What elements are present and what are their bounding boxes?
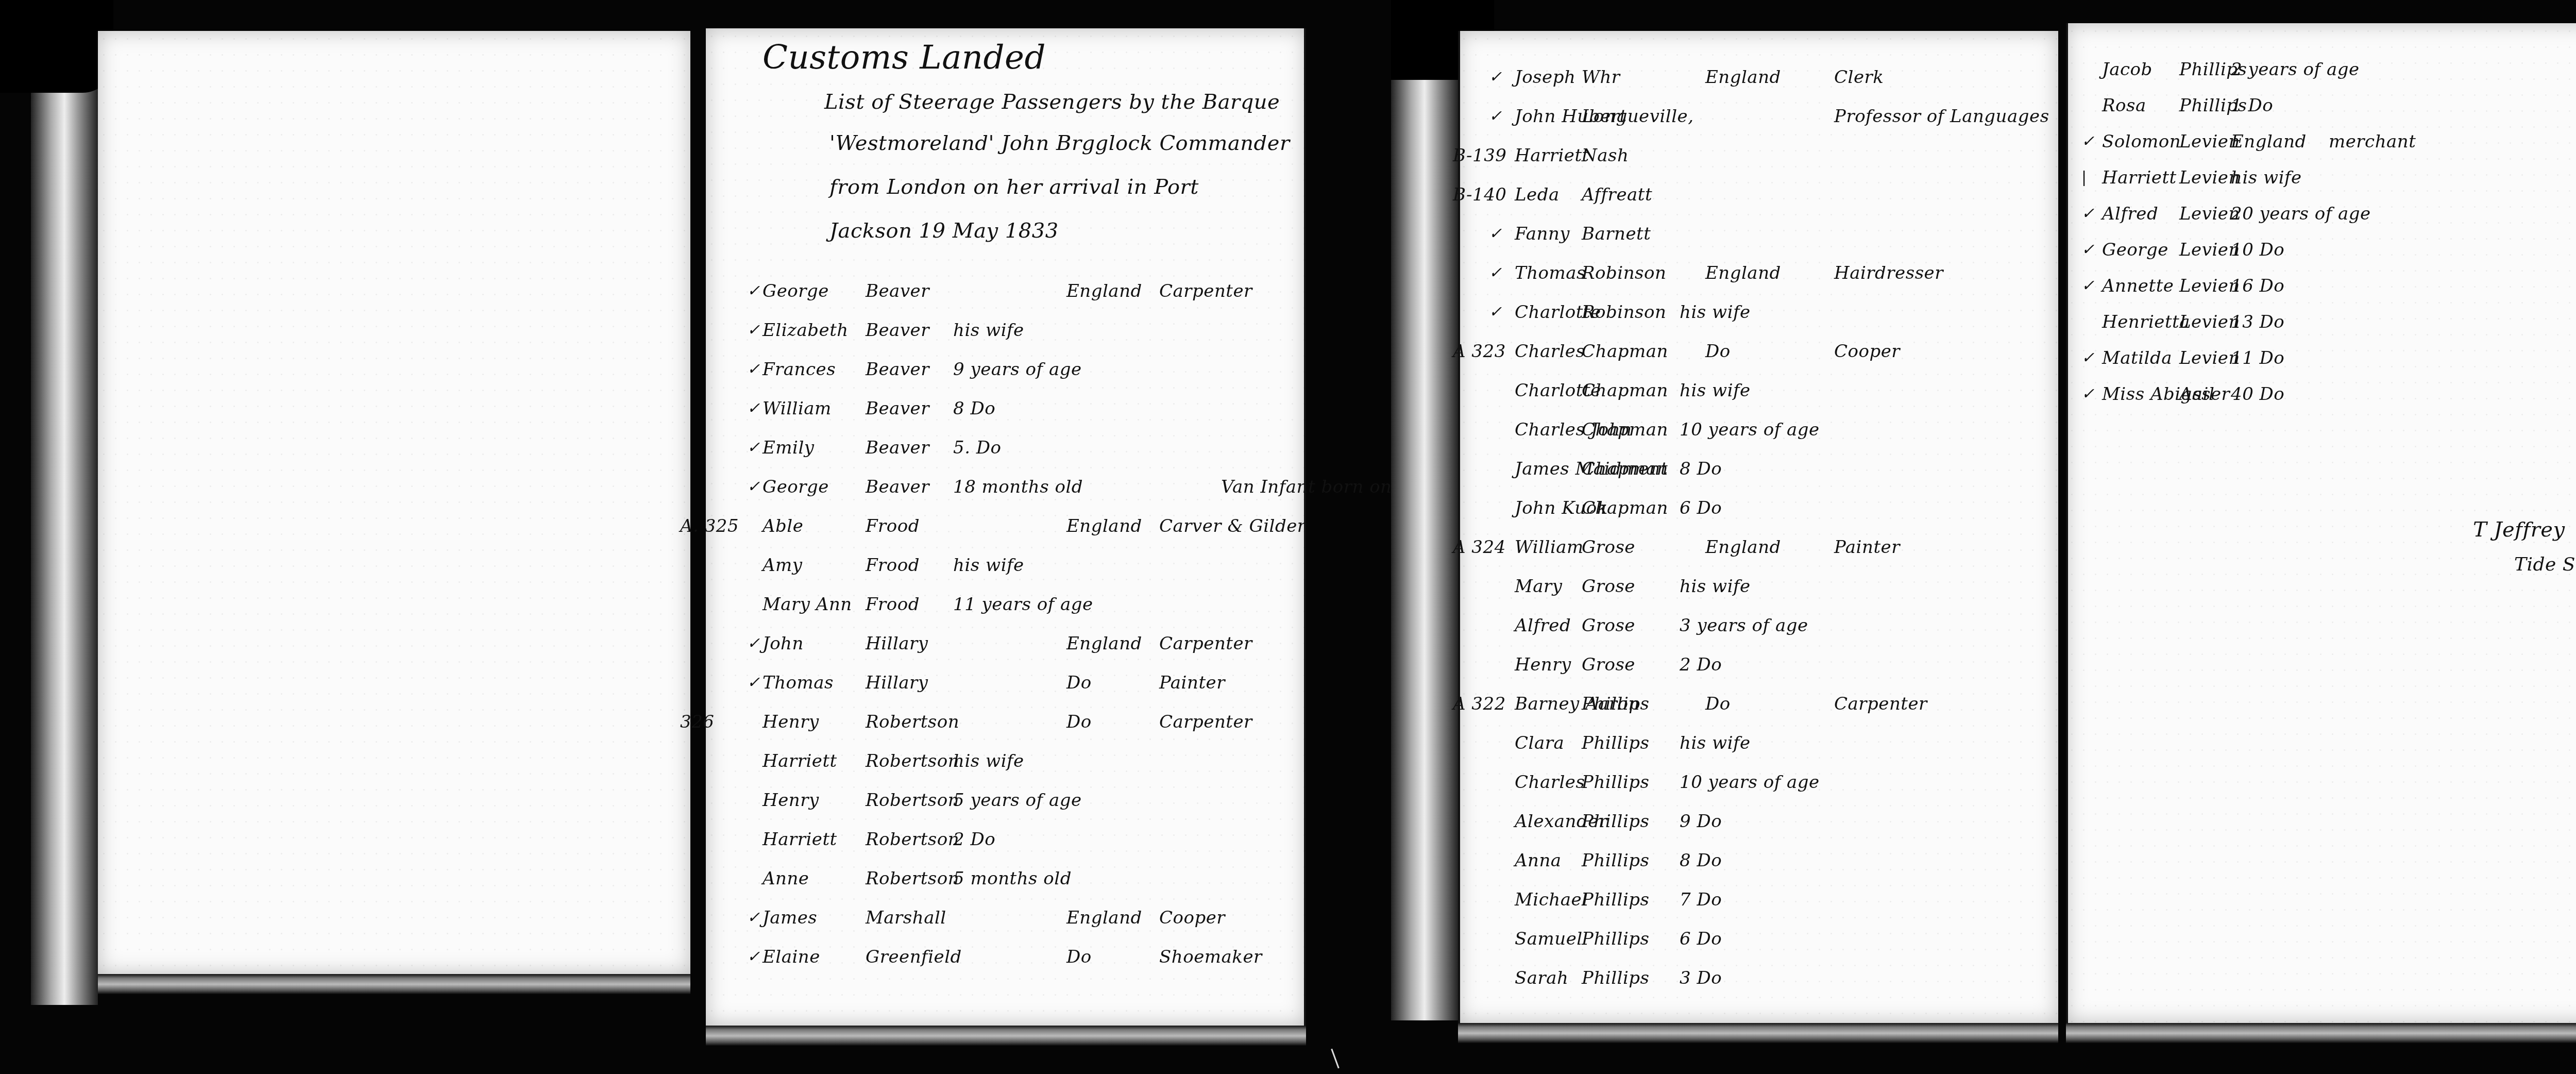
passenger-row: SarahPhillips3 Do (1458, 963, 2058, 994)
passenger-country: England (1705, 532, 1781, 563)
passenger-surname: Robinson (1582, 258, 1666, 289)
ruled-margin-line (1304, 28, 1306, 1026)
passenger-surname: Greenfield (866, 942, 962, 972)
passenger-age: 8 Do (1680, 845, 1722, 876)
passenger-mark: ✓ (747, 354, 760, 385)
passenger-given: George (2102, 234, 2168, 265)
passenger-given: Leda (1515, 179, 1560, 210)
passenger-country: England (1705, 258, 1781, 289)
passenger-row: 326HenryRobertsonDoCarpenter (706, 707, 1306, 737)
passenger-surname: Robinson (1582, 297, 1666, 328)
passenger-given: Henrietta (2102, 307, 2190, 338)
passenger-given: Anne (762, 863, 809, 894)
passenger-country: England (2231, 126, 2307, 157)
passenger-row: HenryRobertson5 years of age (706, 785, 1306, 816)
passenger-occupation: Carpenter (1159, 628, 1252, 659)
passenger-country: Do (1066, 942, 1092, 972)
passenger-surname: Phillips (1582, 689, 1649, 719)
passenger-row: |HarriettLevienhis wife (2066, 162, 2576, 193)
passenger-row: HarriettRobertsonhis wife (706, 746, 1306, 777)
passenger-age: his wife (1680, 297, 1751, 328)
passenger-surname: Frood (866, 589, 920, 620)
passenger-row: ✓CharlotteRobinsonhis wife (1458, 297, 2058, 328)
blank-page (98, 31, 690, 974)
passenger-age: his wife (2231, 162, 2302, 193)
customs-landed-note: Customs Landed (762, 39, 1046, 77)
passenger-surname: Beaver (866, 432, 929, 463)
passenger-given: George (762, 472, 829, 502)
passenger-mark: ✓ (1489, 219, 1502, 249)
signature-title: Tide Surveyor (2514, 554, 2576, 575)
passenger-given: Henry (762, 785, 819, 816)
passenger-mark: ✓ (2081, 379, 2095, 410)
passenger-row: Charles JohnChapman10 years of age (1458, 414, 2058, 445)
passenger-row: ✓JosephWhrEnglandClerk (1458, 62, 2058, 93)
passenger-age: 2 years of age (2231, 54, 2360, 85)
passenger-age: 10 years of age (1680, 414, 1820, 445)
passenger-surname: Phillips (1582, 884, 1649, 915)
passenger-row: JacobPhillips2 years of age (2066, 54, 2576, 85)
passenger-occupation: Painter (1834, 532, 1900, 563)
passenger-surname: Barnett (1582, 219, 1651, 249)
passenger-row: ✓AlfredLevien20 years of age (2066, 198, 2576, 229)
passenger-age: 11 Do (2231, 343, 2284, 374)
passenger-age: 16 Do (2231, 271, 2284, 301)
passenger-age: 7 Do (1680, 884, 1722, 915)
passenger-surname: Hillary (866, 667, 928, 698)
page-bottom-edge (2066, 1023, 2576, 1044)
passenger-given: Harriett (1515, 140, 1589, 171)
passenger-surname: Asser (2179, 379, 2230, 410)
passenger-row: A. 325AbleFroodEnglandCarver & Gilder (706, 511, 1306, 542)
passenger-given: Able (762, 511, 803, 542)
passenger-mark: ✓ (747, 276, 760, 307)
passenger-row: A 322Barney AaronPhillipsDoCarpenter (1458, 689, 2058, 719)
passenger-row: ✓SolomonLevienEnglandmerchant (2066, 126, 2576, 157)
microfilm-canvas: Customs Landed List of Steerage Passenge… (0, 0, 2576, 1074)
passenger-mark: ✓ (1489, 258, 1502, 289)
passenger-row: ✓ThomasRobinsonEnglandHairdresser (1458, 258, 2058, 289)
passenger-row: SamuelPhillips6 Do (1458, 924, 2058, 954)
passenger-surname: Beaver (866, 354, 929, 385)
page-edge-strip (1391, 77, 1458, 1020)
passenger-row: AlexanderPhillips9 Do (1458, 806, 2058, 837)
passenger-row: B-140LedaAffreatt (1458, 179, 2058, 210)
passenger-mark: ✓ (747, 315, 760, 346)
ruled-margin-line (2066, 23, 2068, 1023)
passenger-margin: 326 (680, 707, 714, 737)
passenger-surname: Whr (1582, 62, 1620, 93)
passenger-mark: ✓ (747, 472, 760, 502)
passenger-surname: Grose (1582, 649, 1635, 680)
passenger-row: ✓FannyBarnett (1458, 219, 2058, 249)
passenger-mark: ✓ (2081, 343, 2095, 374)
passenger-occupation: Carpenter (1159, 276, 1252, 307)
passenger-occupation: Clerk (1834, 62, 1884, 93)
passenger-age: his wife (953, 315, 1024, 346)
passenger-given: Sarah (1515, 963, 1568, 994)
passenger-row: AlfredGrose3 years of age (1458, 610, 2058, 641)
passenger-country: England (1066, 628, 1142, 659)
passenger-country: England (1066, 276, 1142, 307)
passenger-age: his wife (1680, 375, 1751, 406)
passenger-surname: Robertson (866, 824, 959, 855)
passenger-age: 18 months old (953, 472, 1083, 502)
passenger-age: 6 Do (1680, 924, 1722, 954)
passenger-surname: Chapman (1582, 454, 1668, 484)
passenger-row: ✓GeorgeLevien10 Do (2066, 234, 2576, 265)
passenger-country: England (1705, 62, 1781, 93)
passenger-age: 3 Do (1680, 963, 1722, 994)
passenger-mark: ✓ (747, 942, 760, 972)
passenger-given: Annette (2102, 271, 2174, 301)
list-title-line: 'Westmoreland' John Brgglock Commander (829, 131, 1290, 155)
passenger-given: Thomas (1515, 258, 1586, 289)
passenger-occupation: Carpenter (1834, 689, 1927, 719)
passenger-given: Matilda (2102, 343, 2172, 374)
passenger-surname: Marshall (866, 902, 946, 933)
passenger-age: 9 years of age (953, 354, 1082, 385)
passenger-given: Mary (1515, 571, 1563, 602)
passenger-occupation: Hairdresser (1834, 258, 1943, 289)
passenger-row: ✓FrancesBeaver9 years of age (706, 354, 1306, 385)
passenger-given: John (762, 628, 804, 659)
passenger-row: ✓ThomasHillaryDoPainter (706, 667, 1306, 698)
passenger-given: Emily (762, 432, 815, 463)
passenger-country: England (1066, 511, 1142, 542)
passenger-mark: ✓ (747, 667, 760, 698)
passenger-given: Harriett (2102, 162, 2177, 193)
list-title-line: from London on her arrival in Port (829, 175, 1199, 199)
passenger-row: ✓ElizabethBeaverhis wife (706, 315, 1306, 346)
passenger-surname: Grose (1582, 571, 1635, 602)
passenger-given: Charles (1515, 336, 1585, 367)
passenger-mark: ✓ (2081, 234, 2095, 265)
passenger-surname: Phillips (1582, 845, 1649, 876)
passenger-row: A 323CharlesChapmanDoCooper (1458, 336, 2058, 367)
passenger-occupation: Painter (1159, 667, 1225, 698)
passenger-row: HarriettRobertson2 Do (706, 824, 1306, 855)
passenger-age: 8 Do (953, 393, 995, 424)
passenger-row: ✓GeorgeBeaver18 months oldVan Infant bor… (706, 472, 1306, 502)
passenger-mark: ✓ (2081, 126, 2095, 157)
passenger-age: 2 Do (1680, 649, 1722, 680)
passenger-surname: Grose (1582, 532, 1635, 563)
passenger-row: ✓MatildaLevien11 Do (2066, 343, 2576, 374)
passenger-row: ✓EmilyBeaver5. Do (706, 432, 1306, 463)
passenger-surname: Phillips (1582, 806, 1649, 837)
passenger-age: 11 years of age (953, 589, 1093, 620)
passenger-surname: Robertson (866, 785, 959, 816)
passenger-occupation: Carver & Gilder (1159, 511, 1306, 542)
passenger-surname: Beaver (866, 315, 929, 346)
passenger-surname: Phillips (1582, 767, 1649, 798)
passenger-given: Solomon (2102, 126, 2181, 157)
passenger-occupation: merchant (2329, 126, 2416, 157)
passenger-age: 40 Do (2231, 379, 2284, 410)
passenger-occupation: Cooper (1159, 902, 1225, 933)
passenger-row: CharlesPhillips10 years of age (1458, 767, 2058, 798)
passenger-age: 2 Do (953, 824, 995, 855)
passenger-row: ✓AnnetteLevien16 Do (2066, 271, 2576, 301)
page-bottom-edge (98, 974, 690, 995)
passenger-surname: Chapman (1582, 375, 1668, 406)
passenger-given: Thomas (762, 667, 834, 698)
passenger-surname: Robertson (866, 863, 959, 894)
passenger-mark: ✓ (747, 628, 760, 659)
passenger-country: England (1066, 902, 1142, 933)
passenger-mark: ✓ (747, 393, 760, 424)
scanner-mark (1331, 1049, 1340, 1069)
signature: T Jeffrey (2473, 518, 2565, 542)
passenger-row: A 324WilliamGroseEnglandPainter (1458, 532, 2058, 563)
passenger-surname: Phillips (1582, 924, 1649, 954)
passenger-given: Mary Ann (762, 589, 852, 620)
passenger-row: AnnaPhillips8 Do (1458, 845, 2058, 876)
passenger-surname: Chapman (1582, 336, 1668, 367)
passenger-row: ✓Miss AbigailAsser40 Do (2066, 379, 2576, 410)
passenger-margin: A. 325 (680, 511, 739, 542)
passenger-mark: ✓ (747, 432, 760, 463)
passenger-country: Do (1705, 689, 1731, 719)
passenger-row: HenriettaLevien13 Do (2066, 307, 2576, 338)
passenger-list-page-2: ✓JosephWhrEnglandClerk✓John HubertLongue… (1458, 31, 2058, 1023)
passenger-margin: A 322 (1453, 689, 1506, 719)
passenger-country: Do (1066, 667, 1092, 698)
page-edge-strip (31, 82, 98, 1005)
passenger-given: Charles (1515, 767, 1585, 798)
passenger-age: 3 years of age (1680, 610, 1808, 641)
passenger-age: 6 Do (1680, 493, 1722, 524)
passenger-row: MichaelPhillips7 Do (1458, 884, 2058, 915)
binding-clip-shadow (0, 0, 113, 93)
passenger-row: ✓John HubertLongueville,Professor of Lan… (1458, 101, 2058, 132)
passenger-age: his wife (953, 746, 1024, 777)
passenger-occupation: Carpenter (1159, 707, 1252, 737)
list-title-line: Jackson 19 May 1833 (829, 219, 1059, 243)
passenger-given: Jacob (2102, 54, 2153, 85)
passenger-age: 20 years of age (2231, 198, 2371, 229)
passenger-surname: Phillips (1582, 728, 1649, 759)
passenger-surname: Beaver (866, 472, 929, 502)
passenger-row: AnneRobertson5 months old (706, 863, 1306, 894)
passenger-mark: ✓ (1489, 62, 1502, 93)
passenger-given: William (1515, 532, 1584, 563)
passenger-mark: | (2081, 162, 2087, 193)
passenger-age: 5 years of age (953, 785, 1082, 816)
passenger-margin: A 323 (1453, 336, 1506, 367)
page-bottom-edge (1458, 1023, 2058, 1044)
passenger-given: Alfred (1515, 610, 1571, 641)
passenger-row: John KuokChapman6 Do (1458, 493, 2058, 524)
passenger-row: Mary AnnFrood11 years of age (706, 589, 1306, 620)
passenger-age: 5. Do (953, 432, 1001, 463)
page-bottom-edge (706, 1026, 1306, 1046)
passenger-age: 1 Do (2231, 90, 2273, 121)
passenger-mark: ✓ (1489, 101, 1502, 132)
passenger-mark: ✓ (1489, 297, 1502, 328)
passenger-age: his wife (1680, 728, 1751, 759)
passenger-surname: Grose (1582, 610, 1635, 641)
passenger-list-page-3: JacobPhillips2 years of ageRosaPhillips1… (2066, 23, 2576, 1023)
passenger-row: RosaPhillips1 Do (2066, 90, 2576, 121)
passenger-margin: A 324 (1453, 532, 1506, 563)
passenger-given: Henry (762, 707, 819, 737)
passenger-age: his wife (953, 550, 1024, 581)
passenger-given: Michael (1515, 884, 1587, 915)
passenger-surname: Robertson (866, 707, 959, 737)
passenger-mark: ✓ (2081, 198, 2095, 229)
passenger-given: Harriett (762, 746, 837, 777)
list-title-line: List of Steerage Passengers by the Barqu… (824, 90, 1280, 114)
passenger-age: 13 Do (2231, 307, 2284, 338)
passenger-surname: Longueville, (1582, 101, 1694, 132)
passenger-margin: B-140 (1453, 179, 1507, 210)
passenger-given: Alfred (2102, 198, 2158, 229)
passenger-age: his wife (1680, 571, 1751, 602)
passenger-margin: B-139 (1453, 140, 1507, 171)
passenger-row: MaryGrosehis wife (1458, 571, 2058, 602)
passenger-age: 10 years of age (1680, 767, 1820, 798)
passenger-given: Frances (762, 354, 836, 385)
passenger-row: HenryGrose2 Do (1458, 649, 2058, 680)
passenger-given: Elizabeth (762, 315, 849, 346)
passenger-row: James MaidmentChapman8 Do (1458, 454, 2058, 484)
passenger-row: B-139HarriettNash (1458, 140, 2058, 171)
passenger-surname: Robertson (866, 746, 959, 777)
passenger-given: Elaine (762, 942, 820, 972)
passenger-row: ✓WilliamBeaver8 Do (706, 393, 1306, 424)
passenger-age: 8 Do (1680, 454, 1722, 484)
passenger-given: Fanny (1515, 219, 1570, 249)
passenger-given: Joseph (1515, 62, 1575, 93)
passenger-row: CharlotteChapmanhis wife (1458, 375, 2058, 406)
passenger-mark: ✓ (747, 902, 760, 933)
passenger-given: Samuel (1515, 924, 1583, 954)
passenger-given: William (762, 393, 832, 424)
passenger-country: Do (1705, 336, 1731, 367)
passenger-given: Amy (762, 550, 803, 581)
ruled-margin-line (1458, 31, 1460, 1023)
passenger-row: ✓JamesMarshallEnglandCooper (706, 902, 1306, 933)
passenger-surname: Beaver (866, 393, 929, 424)
passenger-surname: Beaver (866, 276, 929, 307)
passenger-row: ✓GeorgeBeaverEnglandCarpenter (706, 276, 1306, 307)
passenger-surname: Frood (866, 550, 920, 581)
passenger-occupation: Shoemaker (1159, 942, 1262, 972)
passenger-occupation: Professor of Languages (1834, 101, 2049, 132)
passenger-age: 10 Do (2231, 234, 2284, 265)
passenger-surname: Chapman (1582, 493, 1668, 524)
passenger-given: George (762, 276, 829, 307)
passenger-given: Rosa (2102, 90, 2146, 121)
passenger-occupation: Cooper (1834, 336, 1900, 367)
passenger-row: ClaraPhillipshis wife (1458, 728, 2058, 759)
passenger-given: Anna (1515, 845, 1562, 876)
passenger-given: Henry (1515, 649, 1571, 680)
passenger-surname: Phillips (1582, 963, 1649, 994)
passenger-age: 5 months old (953, 863, 1072, 894)
passenger-age: 9 Do (1680, 806, 1722, 837)
passenger-row: AmyFroodhis wife (706, 550, 1306, 581)
passenger-list-page-1: Customs Landed List of Steerage Passenge… (706, 28, 1306, 1026)
passenger-given: Clara (1515, 728, 1564, 759)
passenger-mark: ✓ (2081, 271, 2095, 301)
passenger-surname: Nash (1582, 140, 1629, 171)
passenger-surname: Frood (866, 511, 920, 542)
passenger-row: ✓JohnHillaryEnglandCarpenter (706, 628, 1306, 659)
passenger-row: ✓ElaineGreenfieldDoShoemaker (706, 942, 1306, 972)
passenger-surname: Affreatt (1582, 179, 1652, 210)
passenger-country: Do (1066, 707, 1092, 737)
passenger-surname: Hillary (866, 628, 928, 659)
passenger-given: James (762, 902, 817, 933)
passenger-given: Harriett (762, 824, 837, 855)
passenger-surname: Chapman (1582, 414, 1668, 445)
